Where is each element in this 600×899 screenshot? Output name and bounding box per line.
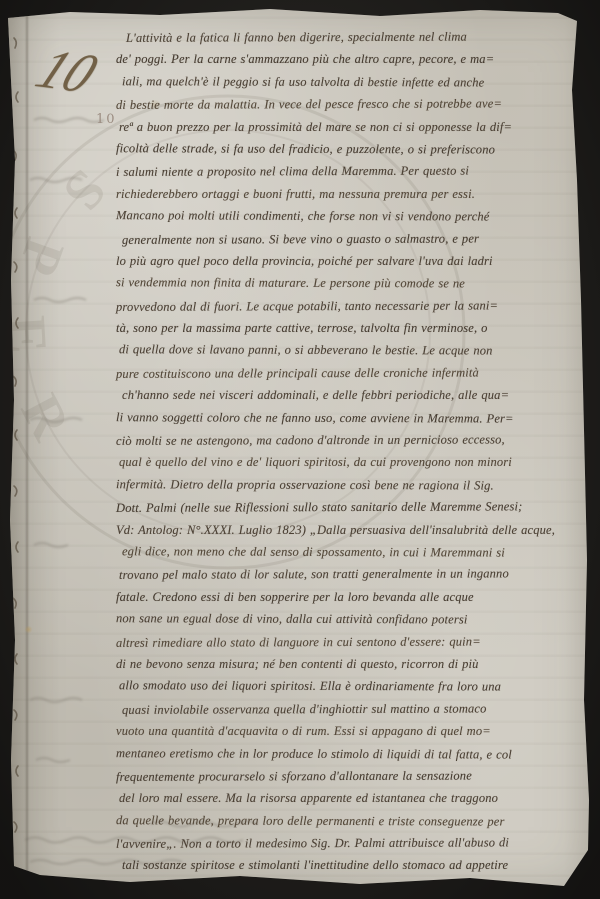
manuscript-line: ch'hanno sede nei visceri addominali, e …	[116, 384, 586, 406]
manuscript-line: Vd: Antolog: N°.XXXI. Luglio 1823) „Dall…	[116, 519, 586, 541]
manuscript-line: allo smodato uso dei liquori spiritosi. …	[116, 675, 586, 699]
manuscript-line: da quelle bevande, prepara loro delle pe…	[116, 809, 586, 833]
age-spot	[24, 626, 33, 633]
manuscript-line: li vanno soggetti coloro che ne fanno us…	[116, 406, 586, 430]
manuscript-line: si vendemmia non finita di maturare. Le …	[116, 271, 586, 295]
manuscript-line: pure costituiscono una delle principali …	[116, 361, 586, 385]
manuscript-line: i salumi niente a proposito nel clima de…	[116, 159, 586, 183]
manuscript-line: fatale. Credono essi di ben sopperire pe…	[116, 586, 586, 608]
manuscript-line: iali, ma quelch'è il peggio si fa uso ta…	[116, 70, 586, 94]
manuscript-line: non sane un egual dose di vino, dalla cu…	[116, 607, 586, 631]
manuscript-line: Dott. Palmi (nelle sue Riflessioni sullo…	[116, 495, 586, 519]
manuscript-line: generalmente non si usano. Si beve vino …	[116, 227, 586, 251]
manuscript-line: l'avvenire„. Non a torto il medesimo Sig…	[116, 831, 586, 855]
manuscript-line: lo più agro quel poco della provincia, p…	[116, 250, 586, 272]
manuscript-line: di ne bevono senza misura; né ben conten…	[116, 653, 586, 675]
manuscript-line: altresì rimediare allo stato di languore…	[116, 630, 586, 654]
manuscript-line: reª a buon prezzo per la prossimità del …	[116, 116, 586, 138]
manuscript-line: qual è quello del vino e de' liquori spi…	[116, 451, 586, 473]
manuscript-line: del loro mal essere. Ma la risorsa appar…	[116, 787, 586, 809]
manuscript-line: vuoto una quantità d'acquavita o di rum.…	[116, 720, 586, 742]
manuscript-line: tà, sono per la massima parte cattive, t…	[116, 317, 586, 339]
manuscript-scan: S P E R I	[0, 0, 600, 899]
manuscript-line: provvedono dal di fuori. Le acque potabi…	[116, 294, 586, 318]
manuscript-line: quasi inviolabile osservanza quella d'in…	[116, 697, 586, 721]
folio-number-stamp: 10	[96, 112, 117, 127]
handwritten-page-number: 10	[28, 41, 105, 101]
manuscript-text: L'attività e la fatica li fanno ben dige…	[116, 26, 586, 877]
manuscript-line: frequentemente procurarselo si sforzano …	[116, 764, 586, 788]
manuscript-line: ciò molti se ne astengono, ma cadono d'a…	[116, 428, 586, 452]
manuscript-line: trovano pel malo stato di lor salute, so…	[116, 562, 586, 586]
manuscript-line: egli dice, non meno che dal senso di spo…	[116, 540, 586, 564]
manuscript-line: ficoltà delle strade, si fa uso del frad…	[116, 137, 586, 161]
manuscript-line: Mancano poi molti utili condimenti, che …	[116, 204, 586, 228]
manuscript-line: L'attività e la fatica li fanno ben dige…	[116, 25, 586, 49]
manuscript-line: di bestie morte da malattia. In vece del…	[116, 92, 586, 116]
manuscript-line: de' poggi. Per la carne s'ammazzano più …	[116, 48, 586, 70]
binding-crease-shadow	[25, 12, 29, 878]
manuscript-line: richiederebbero ortaggi e buoni frutti, …	[116, 183, 586, 205]
manuscript-line: mentaneo eretismo che in lor produce lo …	[116, 742, 586, 766]
manuscript-line: infermità. Dietro della propria osservaz…	[116, 473, 586, 497]
manuscript-line: tali sostanze spiritose e stimolanti l'i…	[116, 854, 586, 876]
paper-sheet: S P E R I	[0, 0, 600, 899]
manuscript-line: di quella dove si lavano panni, o si abb…	[116, 339, 586, 363]
